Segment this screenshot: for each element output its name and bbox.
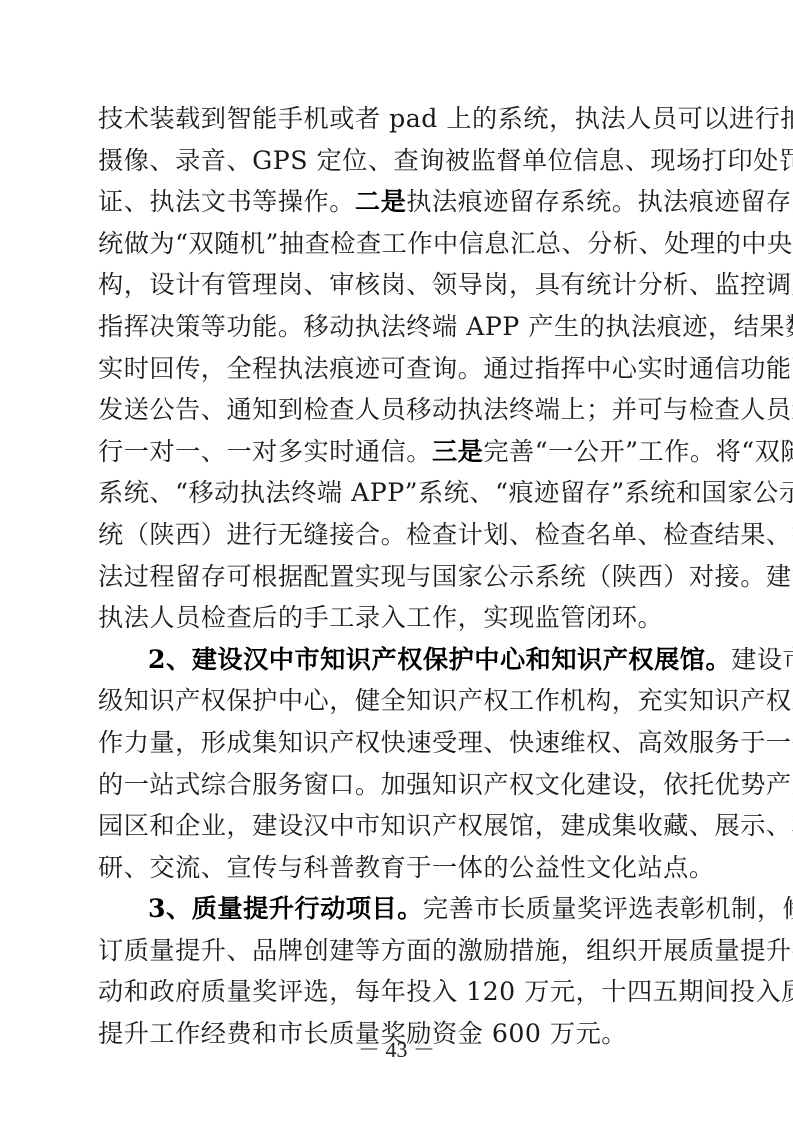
body-text: 级知识产权保护中心，健全知识产权工作机构，充实知识产权工	[98, 686, 793, 715]
body-text: 研、交流、宣传与科普教育于一体的公益性文化站点。	[98, 853, 715, 882]
body-text: 统（陕西）进行无缝接合。检查计划、检查名单、检查结果、执	[98, 520, 793, 549]
body-text: 法过程留存可根据配置实现与国家公示系统（陕西）对接。建设	[98, 562, 793, 591]
text-line: 级知识产权保护中心，健全知识产权工作机构，充实知识产权工	[98, 680, 708, 722]
body-text: 完善市长质量奖评选表彰机制，修	[423, 894, 793, 923]
text-line: 作力量，形成集知识产权快速受理、快速维权、高效服务于一体	[98, 722, 708, 764]
body-text: 的一站式综合服务窗口。加强知识产权文化建设，依托优势产业	[98, 770, 793, 799]
body-text: 实时回传，全程执法痕迹可查询。通过指挥中心实时通信功能可	[98, 354, 793, 383]
text-line: 系统、“移动执法终端 APP”系统、“痕迹留存”系统和国家公示系	[98, 472, 708, 514]
text-line: 摄像、录音、GPS 定位、查询被监督单位信息、现场打印处罚凭	[98, 140, 708, 182]
text-line: 动和政府质量奖评选，每年投入 120 万元，十四五期间投入质量	[98, 971, 708, 1013]
body-text: 订质量提升、品牌创建等方面的激励措施，组织开展质量提升行	[98, 936, 793, 965]
text-line: 证、执法文书等操作。二是执法痕迹留存系统。执法痕迹留存系	[98, 181, 708, 223]
text-line: 2、建设汉中市知识产权保护中心和知识产权展馆。建设市	[98, 639, 708, 681]
body-text: 证、执法文书等操作。	[98, 187, 355, 216]
body-text: 系统、“移动执法终端 APP”系统、“痕迹留存”系统和国家公示系	[98, 478, 793, 507]
text-line: 订质量提升、品牌创建等方面的激励措施，组织开展质量提升行	[98, 930, 708, 972]
text-line: 发送公告、通知到检查人员移动执法终端上；并可与检查人员进	[98, 389, 708, 431]
bold-heading-text: 三是	[432, 436, 483, 466]
body-text: 完善“一公开”工作。将“双随机”	[483, 437, 793, 466]
text-line: 园区和企业，建设汉中市知识产权展馆，建成集收藏、展示、科	[98, 805, 708, 847]
text-line: 统做为“双随机”抽查检查工作中信息汇总、分析、处理的中央机	[98, 223, 708, 265]
body-text: 指挥决策等功能。移动执法终端 APP 产生的执法痕迹，结果数据	[98, 312, 793, 341]
paragraph-quality-improvement: 3、质量提升行动项目。完善市长质量奖评选表彰机制，修订质量提升、品牌创建等方面的…	[98, 888, 708, 1054]
body-text: 执法痕迹留存系统。执法痕迹留存系	[406, 187, 793, 216]
body-text: 构，设计有管理岗、审核岗、领导岗，具有统计分析、监控调度、	[98, 270, 793, 299]
body-text: 建设市	[731, 645, 793, 674]
bold-heading-text: 2、建设汉中市知识产权保护中心和知识产权展馆。	[148, 644, 731, 674]
text-line: 统（陕西）进行无缝接合。检查计划、检查名单、检查结果、执	[98, 514, 708, 556]
bold-heading-text: 二是	[355, 186, 406, 216]
text-line: 法过程留存可根据配置实现与国家公示系统（陕西）对接。建设	[98, 556, 708, 598]
text-line: 实时回传，全程执法痕迹可查询。通过指挥中心实时通信功能可	[98, 348, 708, 390]
paragraph-ip-protection-center: 2、建设汉中市知识产权保护中心和知识产权展馆。建设市级知识产权保护中心，健全知识…	[98, 639, 708, 889]
body-text: 执法人员检查后的手工录入工作，实现监管闭环。	[98, 603, 663, 632]
text-line: 行一对一、一对多实时通信。三是完善“一公开”工作。将“双随机”	[98, 431, 708, 473]
text-line: 研、交流、宣传与科普教育于一体的公益性文化站点。	[98, 847, 708, 889]
document-body: 技术装载到智能手机或者 pad 上的系统，执法人员可以进行拍照、摄像、录音、GP…	[98, 98, 708, 1055]
body-text: 作力量，形成集知识产权快速受理、快速维权、高效服务于一体	[98, 728, 793, 757]
text-line: 指挥决策等功能。移动执法终端 APP 产生的执法痕迹，结果数据	[98, 306, 708, 348]
body-text: 行一对一、一对多实时通信。	[98, 437, 432, 466]
paragraph-enforcement-systems: 技术装载到智能手机或者 pad 上的系统，执法人员可以进行拍照、摄像、录音、GP…	[98, 98, 708, 639]
body-text: 动和政府质量奖评选，每年投入 120 万元，十四五期间投入质量	[98, 977, 793, 1006]
text-line: 执法人员检查后的手工录入工作，实现监管闭环。	[98, 597, 708, 639]
body-text: 摄像、录音、GPS 定位、查询被监督单位信息、现场打印处罚凭	[98, 146, 793, 175]
text-line: 的一站式综合服务窗口。加强知识产权文化建设，依托优势产业	[98, 764, 708, 806]
page-number: － 43 －	[0, 1033, 793, 1064]
bold-heading-text: 3、质量提升行动项目。	[148, 893, 423, 923]
body-text: 园区和企业，建设汉中市知识产权展馆，建成集收藏、展示、科	[98, 811, 793, 840]
text-line: 构，设计有管理岗、审核岗、领导岗，具有统计分析、监控调度、	[98, 264, 708, 306]
text-line: 技术装载到智能手机或者 pad 上的系统，执法人员可以进行拍照、	[98, 98, 708, 140]
body-text: 发送公告、通知到检查人员移动执法终端上；并可与检查人员进	[98, 395, 793, 424]
body-text: 技术装载到智能手机或者 pad 上的系统，执法人员可以进行拍照、	[98, 104, 793, 133]
body-text: 统做为“双随机”抽查检查工作中信息汇总、分析、处理的中央机	[98, 229, 793, 258]
text-line: 3、质量提升行动项目。完善市长质量奖评选表彰机制，修	[98, 888, 708, 930]
